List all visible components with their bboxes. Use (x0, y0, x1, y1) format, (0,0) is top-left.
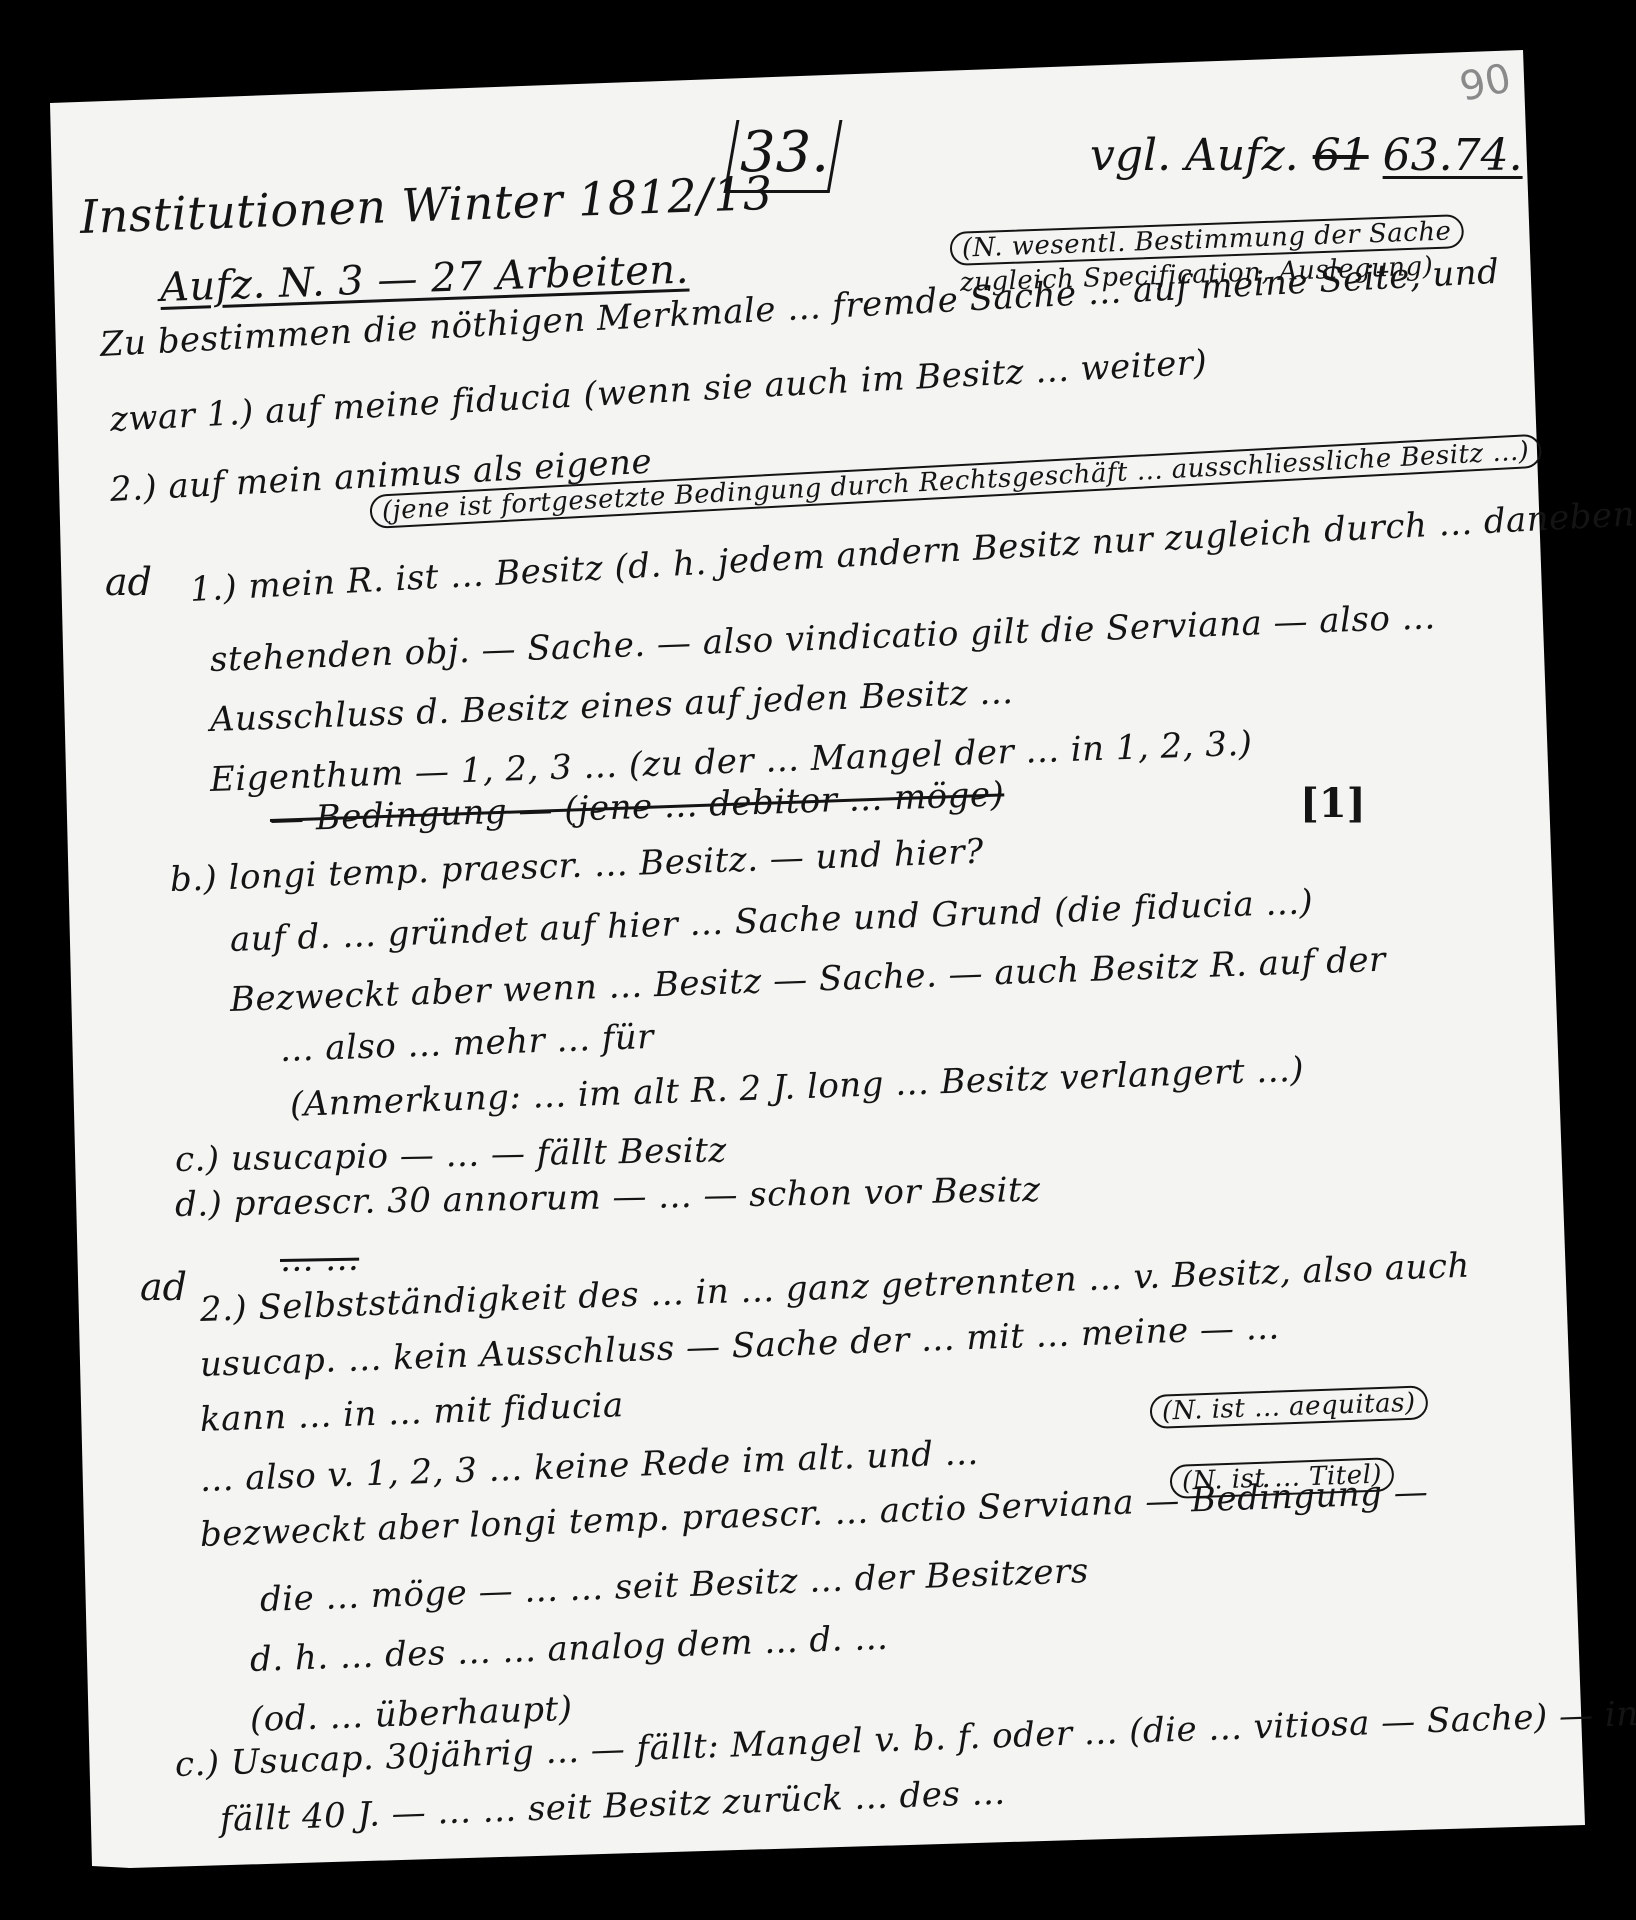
manuscript-line: ... ... (280, 1239, 360, 1280)
margin-label-ad2: ad (140, 1265, 187, 1309)
cross-reference-note: vgl. Aufz. 61 63.74. (1090, 130, 1523, 181)
reference-struck: 61 (1313, 130, 1369, 181)
margin-label-ad1: ad (105, 560, 152, 604)
reference-prefix: vgl. Aufz. (1090, 130, 1299, 181)
reference-current: 63.74. (1383, 130, 1523, 181)
footnote-marker: [1] (1300, 780, 1366, 827)
